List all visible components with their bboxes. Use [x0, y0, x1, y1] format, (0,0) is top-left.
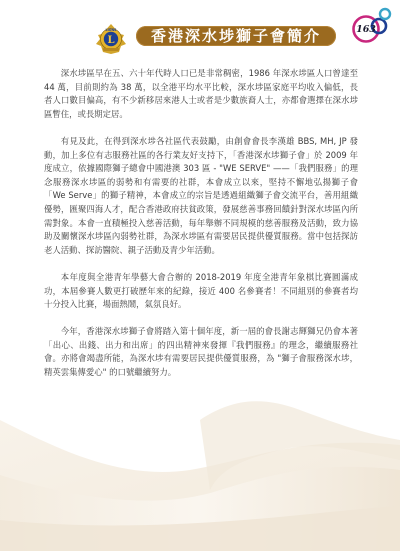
page-number: 163: [353, 24, 379, 35]
silk-wave-decoration-icon: [0, 380, 400, 551]
svg-text:L: L: [107, 35, 114, 46]
article-body: 深水埗區早在五、六十年代時人口已是非常稠密，1986 年深水埗區人口曾達至 44…: [44, 67, 358, 393]
lions-club-emblem-icon: L LIONS: [94, 22, 128, 56]
paragraph-founding: 有見及此，在得到深水埗各社區代表鼓勵，由創會會長李漢雄 BBS, MH, JP …: [44, 135, 358, 257]
paragraph-this-year: 今年，香港深水埗獅子會將踏入第十個年度，新一屆的會長謝志輝獅兄仍會本著「出心、出…: [44, 325, 358, 379]
svg-text:LIONS: LIONS: [106, 28, 118, 32]
paragraph-intro: 深水埗區早在五、六十年代時人口已是非常稠密，1986 年深水埗區人口曾達至 44…: [44, 67, 358, 121]
page-title: 香港深水埗獅子會簡介: [136, 26, 336, 46]
page-header: L LIONS 香港深水埗獅子會簡介 163: [0, 0, 400, 60]
paragraph-chess-competition: 本年度與全港青年學藝大會合辦的 2018-2019 年度全港青年象棋比賽圓滿成功…: [44, 271, 358, 312]
